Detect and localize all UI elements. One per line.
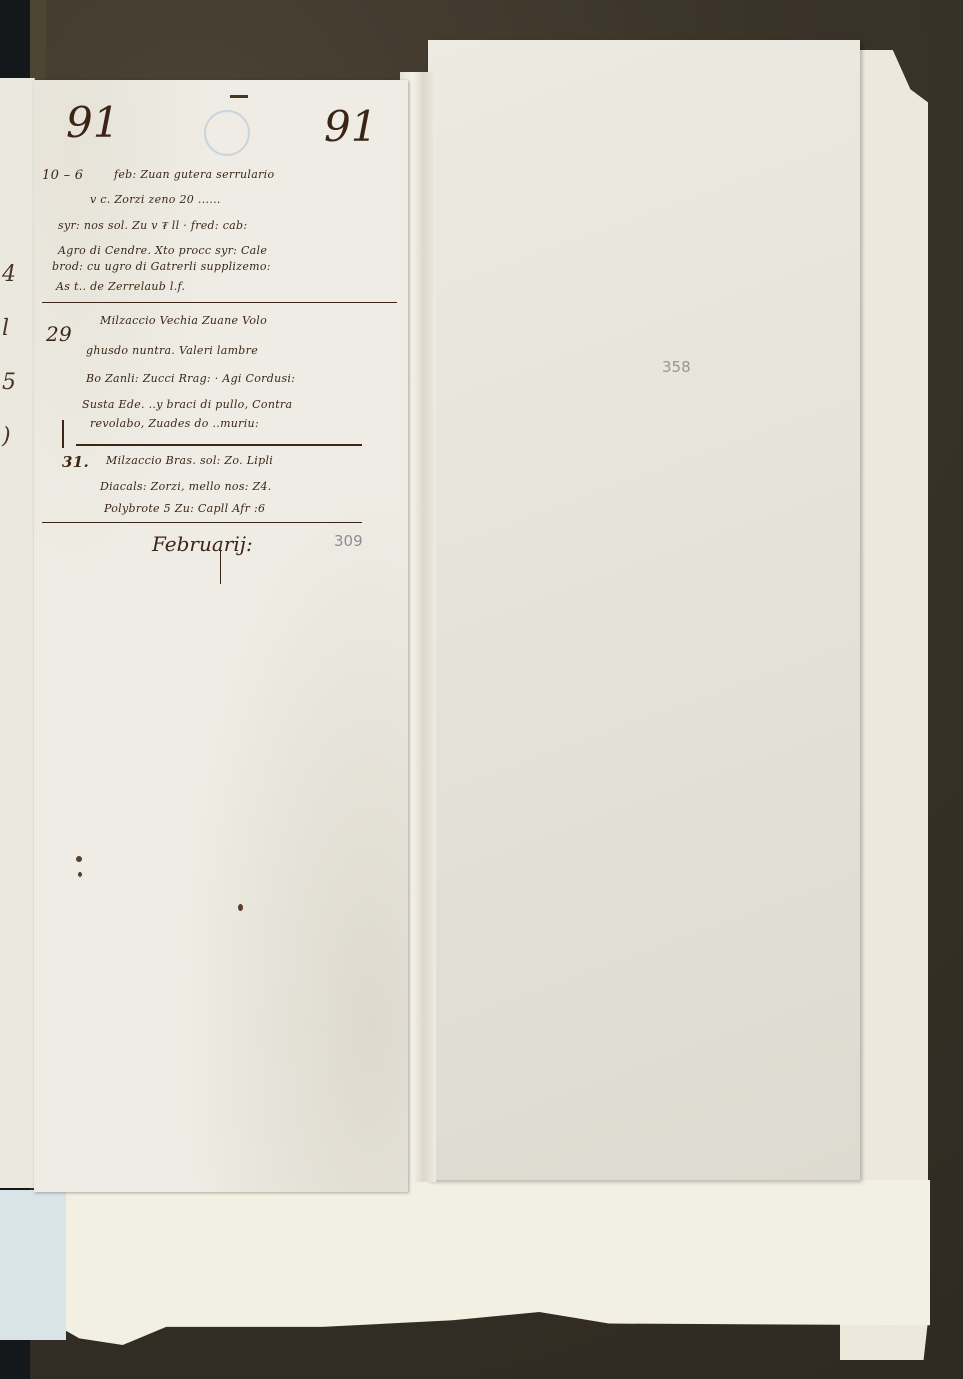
entry-line: v c. Zorzi zeno 20 ...... xyxy=(90,193,221,206)
stub-fragment: ) xyxy=(2,410,30,464)
stub-fragment: 5 xyxy=(2,356,30,410)
blue-tissue-strip xyxy=(0,1190,66,1340)
entry-day: 31. xyxy=(62,453,89,471)
entry-line: syr: nos sol. Zu v ₮ ll · fred: cab: xyxy=(58,219,247,232)
previous-page-stub: 4 l 5 ) xyxy=(0,78,35,1188)
ink-blot xyxy=(78,872,82,877)
folio-number-left: 91 xyxy=(66,98,119,147)
right-page: 358 xyxy=(428,40,860,1180)
entry-day: 10 – 6 xyxy=(42,168,83,183)
pencil-folio-number: 309 xyxy=(334,532,363,550)
entry-line: feb: Zuan gutera serrulario xyxy=(114,168,274,181)
pencil-folio-number: 358 xyxy=(662,358,691,376)
ink-blot xyxy=(238,904,243,911)
entry-divider xyxy=(76,444,362,446)
ink-blot xyxy=(76,856,82,862)
stub-fragment: 4 xyxy=(2,248,30,302)
margin-stroke xyxy=(62,420,64,448)
entry-line: Milzaccio Vechia Zuane Volo xyxy=(100,314,267,327)
entry-line: Diacals: Zorzi, mello nos: Z4. xyxy=(100,480,272,493)
entry-line: brod: cu ugro di Gatrerli supplizemo: xyxy=(52,260,271,273)
entry-line: Bo Zanli: Zucci Rrag: · Agi Cordusi: xyxy=(86,372,295,385)
ink-mark xyxy=(230,95,248,98)
stub-fragments: 4 l 5 ) xyxy=(2,248,30,468)
month-heading: Februarij: xyxy=(152,532,253,556)
entry-line: Milzaccio Bras. sol: Zo. Lipli xyxy=(106,454,273,467)
binding-edge xyxy=(30,0,46,80)
entry-line: ghusdo nuntra. Valeri lambre xyxy=(86,344,258,357)
entry-line: revolabo, Zuades do ..muriu: xyxy=(90,417,259,430)
entry-line: Agro di Cendre. Xto procc syr: Cale xyxy=(58,244,267,257)
entry-line: Polybrote 5 Zu: Capll Afr :6 xyxy=(104,502,265,515)
entry-divider xyxy=(42,302,397,303)
ink-tail xyxy=(220,550,221,584)
left-page: 91 91 10 – 6 feb: Zuan gutera serrulario… xyxy=(34,80,408,1192)
entry-line: As t.. de Zerrelaub l.f. xyxy=(56,280,185,293)
stub-fragment: l xyxy=(2,302,30,356)
entry-line: Susta Ede. ..y braci di pullo, Contra xyxy=(82,398,292,411)
library-stamp xyxy=(204,110,250,156)
folio-number-right: 91 xyxy=(324,102,377,151)
entry-divider xyxy=(42,522,362,523)
entry-day: 29 xyxy=(46,322,72,346)
